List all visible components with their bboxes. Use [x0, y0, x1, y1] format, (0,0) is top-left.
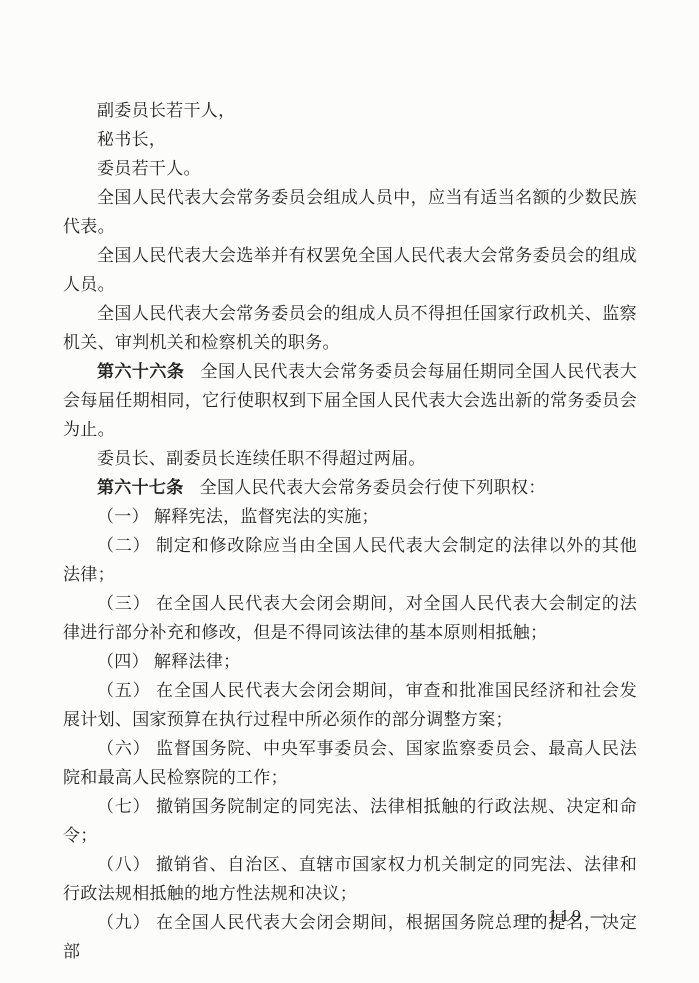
paragraph: 委员长、副委员长连续任职不得超过两届。	[63, 444, 637, 473]
paragraph: 委员若干人。	[63, 154, 637, 183]
list-item: （六） 监督国务院、中央军事委员会、国家监察委员会、最高人民法院和最高人民检察院…	[63, 734, 637, 792]
paragraph: 全国人民代表大会常务委员会组成人员中，应当有适当名额的少数民族代表。	[63, 183, 637, 241]
article-number: 第六十六条	[97, 362, 184, 381]
document-page: 副委员长若干人， 秘书长， 委员若干人。 全国人民代表大会常务委员会组成人员中，…	[0, 0, 699, 983]
paragraph: 秘书长，	[63, 125, 637, 154]
paragraph-text: 全国人民代表大会常务委员会行使下列职权：	[200, 478, 546, 497]
page-number: — 119 —	[525, 906, 607, 926]
article-paragraph: 第六十六条全国人民代表大会常务委员会每届任期同全国人民代表大会每届任期相同，它行…	[63, 357, 637, 444]
article-paragraph: 第六十七条全国人民代表大会常务委员会行使下列职权：	[63, 473, 637, 502]
list-item: （八） 撤销省、自治区、直辖市国家权力机关制定的同宪法、法律和行政法规相抵触的地…	[63, 850, 637, 908]
list-item: （一） 解释宪法，监督宪法的实施；	[63, 502, 637, 531]
list-item: （七） 撤销国务院制定的同宪法、法律相抵触的行政法规、决定和命令；	[63, 792, 637, 850]
list-item: （四） 解释法律；	[63, 647, 637, 676]
list-item: （三） 在全国人民代表大会闭会期间，对全国人民代表大会制定的法律进行部分补充和修…	[63, 589, 637, 647]
paragraph: 全国人民代表大会选举并有权罢免全国人民代表大会常务委员会的组成人员。	[63, 241, 637, 299]
paragraph: 全国人民代表大会常务委员会的组成人员不得担任国家行政机关、监察机关、审判机关和检…	[63, 299, 637, 357]
list-item: （二） 制定和修改除应当由全国人民代表大会制定的法律以外的其他法律；	[63, 531, 637, 589]
paragraph: 副委员长若干人，	[63, 96, 637, 125]
article-number: 第六十七条	[97, 478, 184, 497]
list-item: （五） 在全国人民代表大会闭会期间，审查和批准国民经济和社会发展计划、国家预算在…	[63, 676, 637, 734]
